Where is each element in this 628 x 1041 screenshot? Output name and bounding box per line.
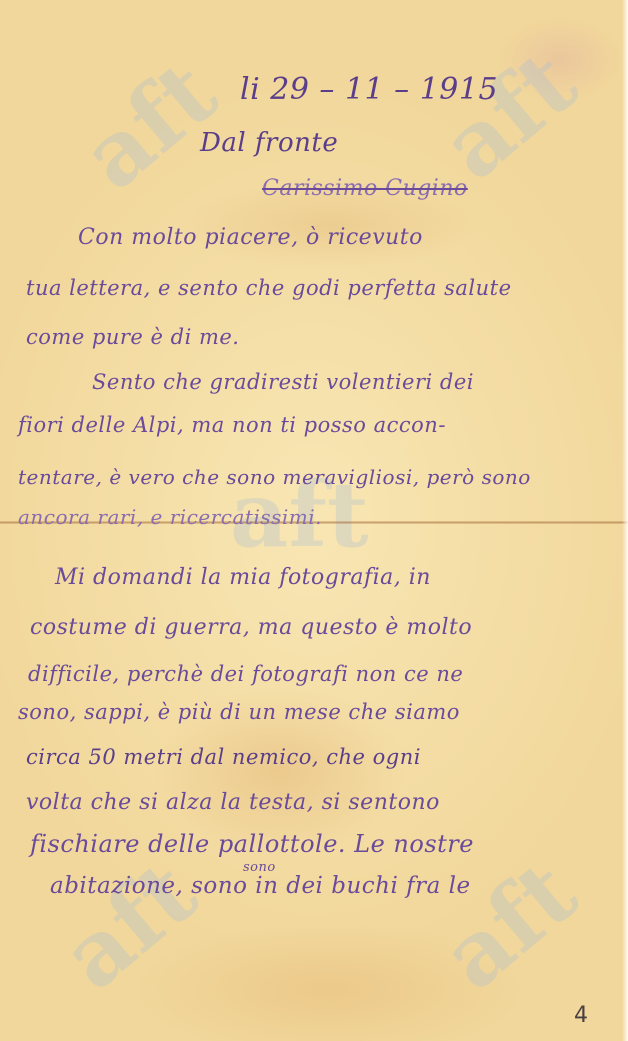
letter-line: volta che si alza la testa, si sentono [26, 790, 440, 815]
letter-line: fischiare delle pallottole. Le nostre [30, 830, 474, 858]
watermark: aft [427, 846, 591, 1004]
letter-line: Con molto piacere, ò ricevuto [78, 225, 423, 250]
letter-date: li 29 – 11 – 1915 [240, 72, 498, 107]
letter-place: Dal fronte [200, 128, 338, 158]
watermark: aft [47, 846, 211, 1004]
letter-line: ancora rari, e ricercatissimi. [18, 505, 322, 529]
watermark: aft [427, 36, 591, 194]
letter-line: abitazione, sono in dei buchi fra le [50, 873, 471, 899]
letter-line: costume di guerra, ma questo è molto [30, 615, 472, 640]
letter-line: sono, sappi, è più di un mese che siamo [18, 700, 460, 724]
letter-line: tentare, è vero che sono meravigliosi, p… [18, 465, 531, 489]
watermark: aft [67, 46, 231, 204]
letter-line: circa 50 metri dal nemico, che ogni [26, 745, 421, 769]
letter-salutation: Carissimo Cugino [262, 176, 468, 201]
page-number: 4 [574, 1003, 588, 1028]
letter-line: come pure è di me. [26, 325, 239, 349]
letter-line: fiori delle Alpi, ma non ti posso accon- [18, 413, 446, 437]
letter-page: aft aft aft aft aft li 29 – 11 – 1915 Da… [0, 0, 628, 1041]
letter-line: difficile, perchè dei fotografi non ce n… [28, 662, 463, 686]
letter-line: Sento che gradiresti volentieri dei [92, 370, 474, 394]
letter-line: Mi domandi la mia fotografia, in [55, 565, 431, 590]
letter-line: tua lettera, e sento che godi perfetta s… [26, 276, 512, 300]
